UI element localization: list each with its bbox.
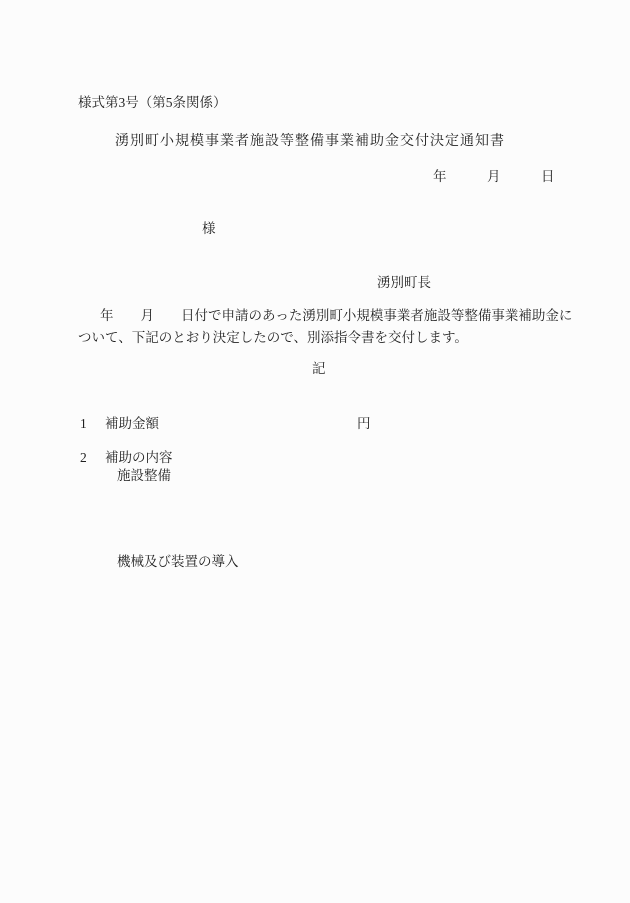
body-line-2: ついて、下記のとおり決定したので、別添指令書を交付します。 <box>78 330 468 346</box>
document-page: 様式第3号（第5条関係） 湧別町小規模事業者施設等整備事業補助金交付決定通知書 … <box>0 0 630 903</box>
item2-number: 2 <box>80 450 87 466</box>
form-number: 様式第3号（第5条関係） <box>78 95 227 111</box>
record-marker: 記 <box>312 361 326 377</box>
item1-unit: 円 <box>357 416 371 432</box>
addressee-honorific: 様 <box>202 221 216 237</box>
body-line-1: 年 月 日付で申請のあった湧別町小規模事業者施設等整備事業補助金に <box>100 308 572 324</box>
item2-subitem-facility: 施設整備 <box>117 468 171 484</box>
item1-number: 1 <box>80 416 87 432</box>
item1-label: 補助金額 <box>105 416 159 432</box>
sender-title: 湧別町長 <box>377 275 431 291</box>
date-line: 年 月 日 <box>433 169 555 185</box>
item2-label: 補助の内容 <box>105 450 173 466</box>
page-title: 湧別町小規模事業者施設等整備事業補助金交付決定通知書 <box>115 134 505 151</box>
item2-subitem-machinery: 機械及び装置の導入 <box>117 554 239 570</box>
